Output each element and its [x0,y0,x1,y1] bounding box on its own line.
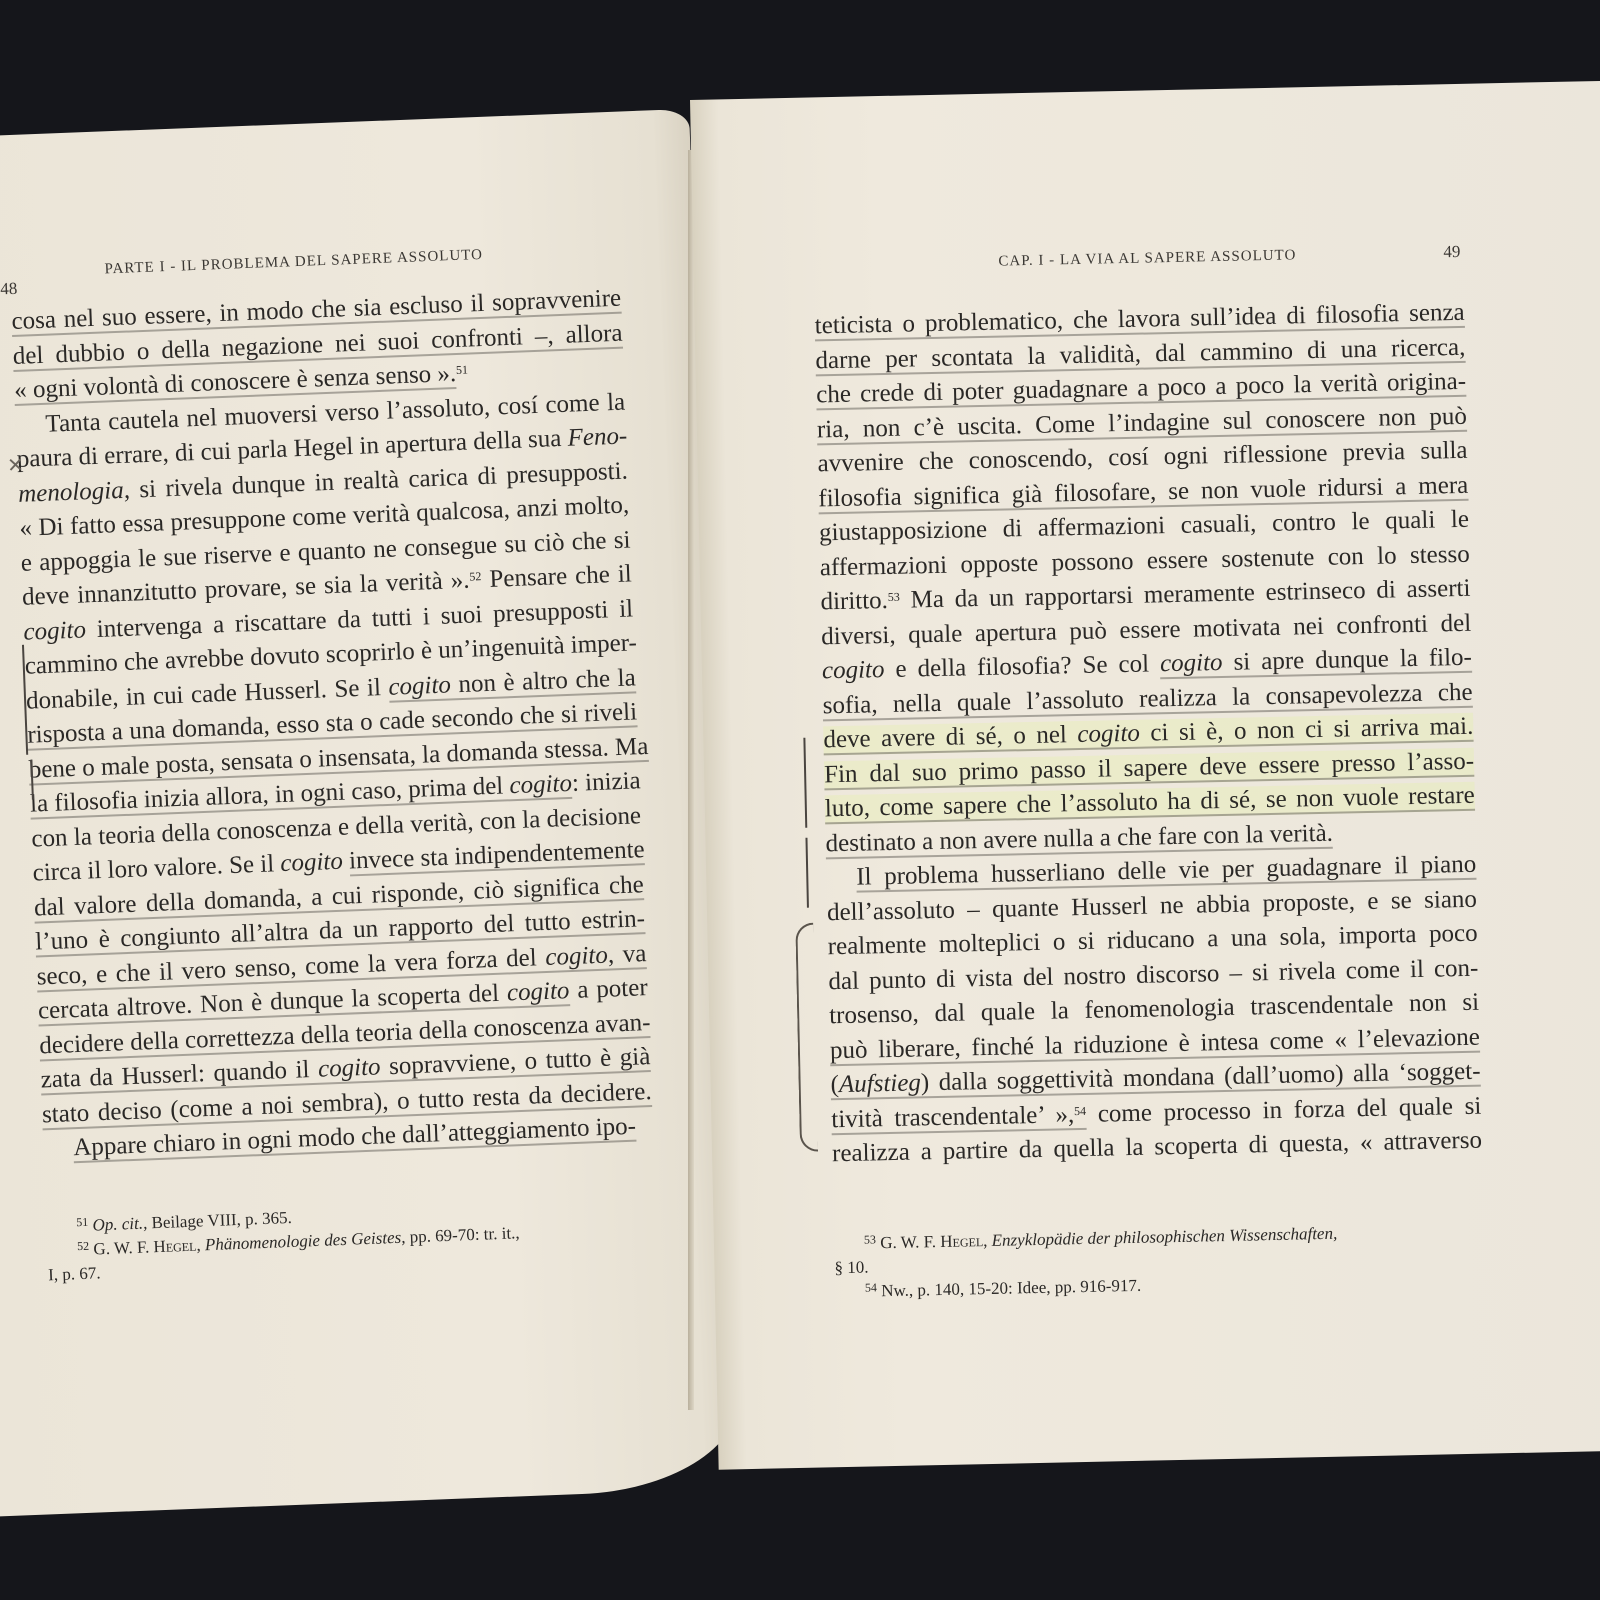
left-page-content: 48 PARTE I - IL PROBLEMA DEL SAPERE ASSO… [9,242,658,1287]
right-page: CAP. I - LA VIA AL SAPERE ASSOLUTO 49 te… [690,80,1600,1469]
footnote-ref: 52 [469,569,482,583]
left-page: 48 PARTE I - IL PROBLEMA DEL SAPERE ASSO… [0,109,742,1517]
book-gutter [688,150,694,1410]
left-body-text: cosa nel suo essere, in modo che sia esc… [11,282,654,1167]
left-footnotes: 51 Op. cit., Beilage VIII, p. 365. 52 G.… [46,1191,658,1286]
pencil-x-mark-icon: ✕ [7,453,25,478]
footnote-ref: 53 [888,590,900,604]
footnote-ref: 54 [1074,1103,1086,1117]
pencil-margin-line [805,838,808,908]
page-number-right: 49 [1443,242,1460,262]
footnote-ref: 51 [456,363,469,377]
pencil-margin-line [803,738,807,828]
right-body-text: teticista o problematico, che lavora sul… [814,296,1482,1172]
pencil-bracket-mark [795,923,818,1152]
right-page-content: CAP. I - LA VIA AL SAPERE ASSOLUTO 49 te… [813,244,1485,1304]
page-number-left: 48 [0,279,18,300]
right-footnotes: 53 G. W. F. Hegel, Enzyklopädie der phil… [834,1218,1485,1304]
running-head-right: CAP. I - LA VIA AL SAPERE ASSOLUTO [998,247,1296,270]
running-head-left: PARTE I - IL PROBLEMA DEL SAPERE ASSOLUT… [104,247,483,279]
